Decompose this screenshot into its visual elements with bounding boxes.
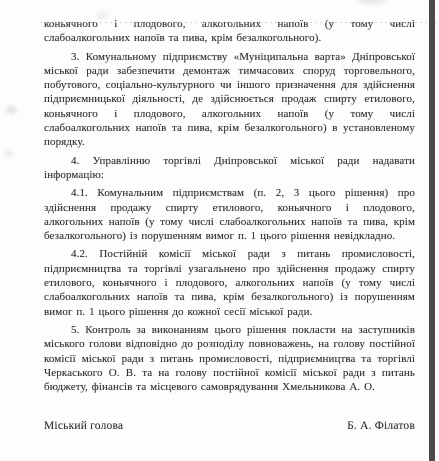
paragraph-item-4: 4. Управлінню торгівлі Дніпровської місь… [44, 154, 415, 183]
scanned-document-page: коньячного і плодового, алкогольних напо… [0, 0, 439, 461]
scan-dotted-line-artifact [40, 22, 439, 23]
paragraph-item-4-1: 4.1. Комунальним підприємствам (п. 2, 3 … [44, 186, 415, 243]
signature-name: Б. А. Філатов [347, 420, 415, 432]
scan-smudge-artifact [6, 106, 17, 114]
paragraph-item-3: 3. Комунальному підприємству «Муніципаль… [44, 50, 415, 150]
scan-smudge-artifact [5, 150, 13, 157]
document-body: коньячного і плодового, алкогольних напо… [44, 17, 415, 432]
paragraph-item-4-2: 4.2. Постійній комісії міської ради з пи… [44, 247, 415, 318]
signature-title: Міський голова [44, 420, 123, 432]
scan-smudge-artifact [96, 12, 108, 19]
signature-row: Міський голова Б. А. Філатов [44, 420, 415, 432]
scan-smudge-artifact [356, 0, 386, 4]
scan-edge-artifact [429, 0, 435, 461]
paragraph-item-5: 5. Контроль за виконанням цього рішення … [44, 323, 415, 394]
